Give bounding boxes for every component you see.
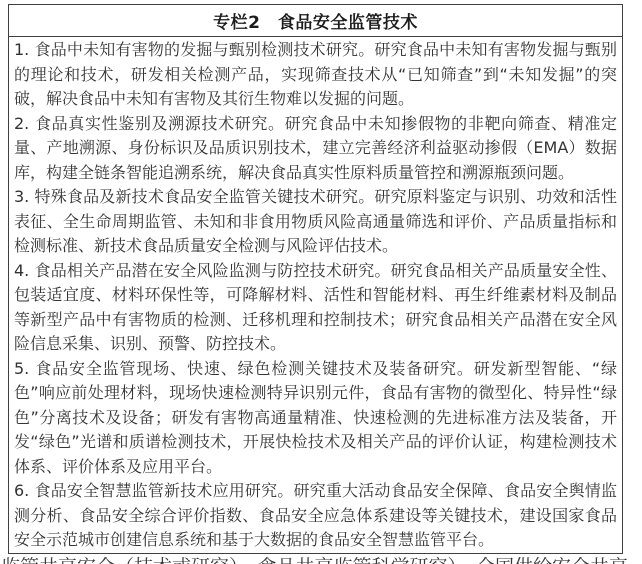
column-box: 专栏2 食品安全监管技术 1. 食品中未知有害物的发掘与甄别检测技术研究。研究食… [8,4,623,554]
column-box-paragraph-2: 2. 食品真实性鉴别及溯源技术研究。研究食品中未知掺假物的非靶向筛查、精准定量、… [14,112,617,186]
column-box-title: 专栏2 食品安全监管技术 [9,5,622,37]
column-box-paragraph-3: 3. 特殊食品及新技术食品安全监管关键技术研究。研究原料鉴定与识别、功效和活性表… [14,185,617,259]
column-box-body: 1. 食品中未知有害物的发掘与甄别检测技术研究。研究食品中未知有害物发掘与甄别的… [9,37,622,553]
column-box-paragraph-4: 4. 食品相关产品潜在安全风险监测与防控技术研究。研究食品相关产品质量安全性、包… [14,259,617,357]
document-page: 专栏2 食品安全监管技术 1. 食品中未知有害物的发掘与甄别检测技术研究。研究食… [0,0,642,564]
column-box-paragraph-5: 5. 食品安全监管现场、快速、绿色检测关键技术及装备研究。研发新型智能、“绿色”… [14,357,617,480]
clipped-next-line: 监管共享安全（技术或研究）、食品共享监管科学研究）、全国供给安全共享 [1,556,641,564]
column-box-paragraph-1: 1. 食品中未知有害物的发掘与甄别检测技术研究。研究食品中未知有害物发掘与甄别的… [14,38,617,112]
column-box-paragraph-6: 6. 食品安全智慧监管新技术应用研究。研究重大活动食品安全保障、食品安全舆情监测… [14,479,617,553]
